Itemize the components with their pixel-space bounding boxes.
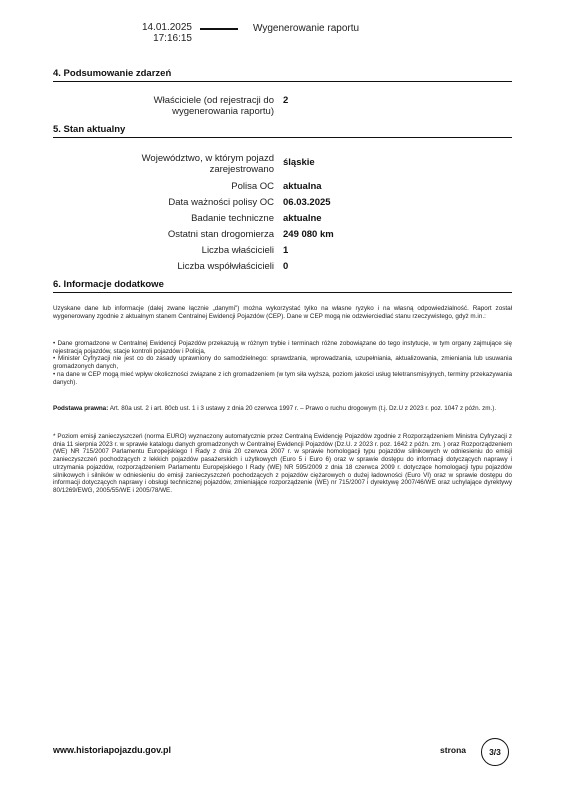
disclaimer-bullets: • Dane gromadzone w Centralnej Ewidencji… <box>53 340 512 386</box>
owners-total-value: 2 <box>283 95 288 117</box>
legal-basis-text: Art. 80a ust. 2 i art. 80cb ust. 1 i 3 u… <box>108 405 496 412</box>
technical-inspection-value: aktualne <box>283 213 322 224</box>
voivodeship-value: śląskie <box>283 153 315 175</box>
field-odometer: Ostatni stan drogomierza 249 080 km <box>53 229 512 240</box>
field-owners-count: Liczba właścicieli 1 <box>53 245 512 256</box>
field-oc-expiry: Data ważności polisy OC 06.03.2025 <box>53 197 512 208</box>
page-label: strona <box>440 745 466 755</box>
field-technical-inspection: Badanie techniczne aktualne <box>53 213 512 224</box>
section-5-title: 5. Stan aktualny <box>53 124 512 137</box>
section-4-fields: Właściciele (od rejestracji do wygenerow… <box>53 95 512 117</box>
bullet-item: • Dane gromadzone w Centralnej Ewidencji… <box>53 340 512 355</box>
event-time: 17:16:15 <box>110 33 192 44</box>
page-number-badge: 3/3 <box>481 738 509 766</box>
timeline-entry: 14.01.2025 17:16:15 Wygenerowanie raport… <box>0 22 565 52</box>
bullet-item: • Minister Cyfryzacji nie jest co do zas… <box>53 355 512 370</box>
oc-expiry-value: 06.03.2025 <box>283 197 331 208</box>
event-date: 14.01.2025 <box>110 22 192 33</box>
page-footer: www.historiapojazdu.gov.pl strona 3/3 <box>53 743 512 763</box>
field-owners-total: Właściciele (od rejestracji do wygenerow… <box>53 95 512 117</box>
timeline-dash <box>200 28 238 30</box>
field-oc-policy: Polisa OC aktualna <box>53 181 512 192</box>
co-owners-count-value: 0 <box>283 261 288 272</box>
website-link[interactable]: www.historiapojazdu.gov.pl <box>53 745 171 755</box>
section-5-fields: Województwo, w którym pojazd zarejestrow… <box>53 153 512 272</box>
field-co-owners-count: Liczba współwłaścicieli 0 <box>53 261 512 272</box>
section-4-title: 4. Podsumowanie zdarzeń <box>53 68 512 81</box>
bullet-item: • na dane w CEP mogą mieć wpływ okoliczn… <box>53 371 512 386</box>
section-4-header: 4. Podsumowanie zdarzeń <box>53 68 512 82</box>
section-6-title: 6. Informacje dodatkowe <box>53 279 512 292</box>
event-description: Wygenerowanie raportu <box>253 23 359 34</box>
event-timestamp: 14.01.2025 17:16:15 <box>110 22 192 44</box>
legal-basis: Podstawa prawna: Art. 80a ust. 2 i art. … <box>53 405 512 413</box>
section-5-header: 5. Stan aktualny <box>53 124 512 138</box>
oc-policy-value: aktualna <box>283 181 322 192</box>
owners-count-value: 1 <box>283 245 288 256</box>
odometer-value: 249 080 km <box>283 229 334 240</box>
section-6-header: 6. Informacje dodatkowe <box>53 279 512 293</box>
emission-footnote: * Poziom emisji zanieczyszczeń (norma EU… <box>53 433 512 495</box>
legal-basis-label: Podstawa prawna: <box>53 405 108 412</box>
field-voivodeship: Województwo, w którym pojazd zarejestrow… <box>53 153 512 175</box>
disclaimer-intro: Uzyskane dane lub informacje (dalej zwan… <box>53 305 512 320</box>
